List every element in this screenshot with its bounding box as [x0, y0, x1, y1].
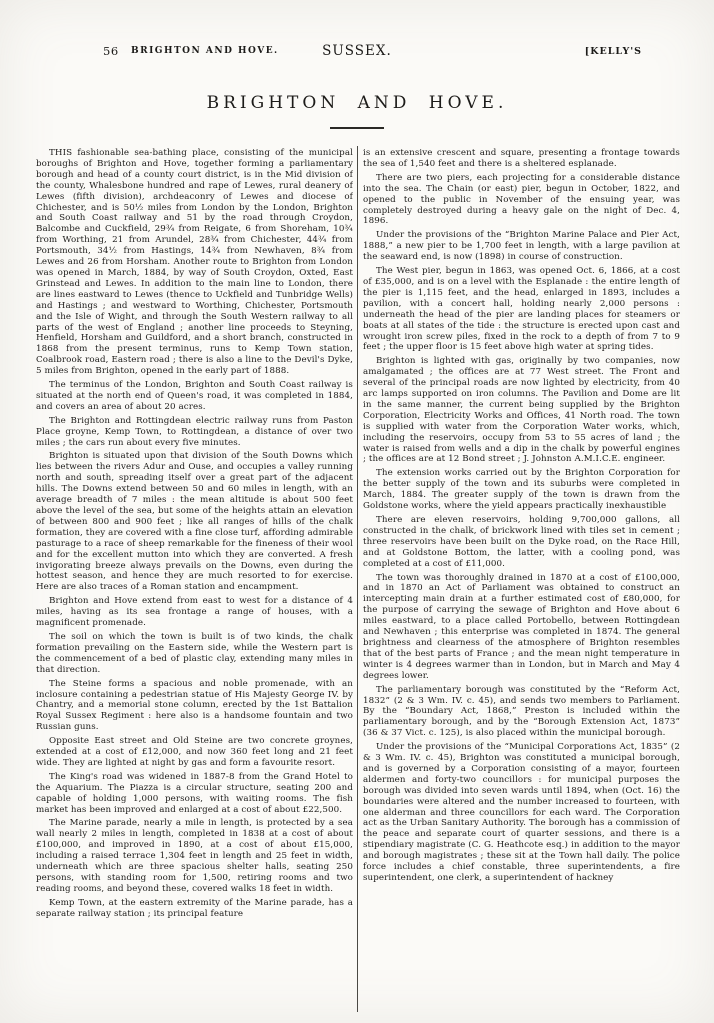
- paragraph: Under the provisions of the “Brighton Ma…: [363, 230, 680, 263]
- paragraph: is an extensive crescent and square, pre…: [363, 148, 680, 170]
- paragraph: THIS fashionable sea-bathing place, cons…: [36, 148, 353, 377]
- title-rule: [330, 127, 384, 129]
- paragraph: The West pier, begun in 1863, was opened…: [363, 266, 680, 353]
- paragraph: The Brighton and Rottingdean electric ra…: [36, 416, 353, 449]
- paragraph: There are two piers, each projecting for…: [363, 173, 680, 228]
- paragraph: Brighton and Hove extend from east to we…: [36, 596, 353, 629]
- paragraph: There are eleven reservoirs, holding 9,7…: [363, 515, 680, 570]
- paragraph: Kemp Town, at the eastern extremity of t…: [36, 898, 353, 920]
- right-column: is an extensive crescent and square, pre…: [363, 148, 680, 1010]
- paragraph: Under the provisions of the “Municipal C…: [363, 742, 680, 884]
- paragraph: The Steine forms a spacious and noble pr…: [36, 679, 353, 734]
- paragraph: The terminus of the London, Brighton and…: [36, 380, 353, 413]
- paragraph: The parliamentary borough was constitute…: [363, 685, 680, 740]
- paragraph: The soil on which the town is built is o…: [36, 632, 353, 676]
- scanned-directory-page: 56 BRIGHTON AND HOVE. SUSSEX. [KELLY'S B…: [0, 0, 714, 1023]
- paragraph: The King's road was widened in 1887-8 fr…: [36, 772, 353, 816]
- paragraph: Opposite East street and Old Steine are …: [36, 736, 353, 769]
- text-columns: THIS fashionable sea-bathing place, cons…: [36, 148, 680, 1010]
- paragraph: The extension works carried out by the B…: [363, 468, 680, 512]
- column-divider-rule: [357, 146, 358, 1012]
- running-header: 56 BRIGHTON AND HOVE. SUSSEX. [KELLY'S: [0, 44, 714, 64]
- paragraph: The Marine parade, nearly a mile in leng…: [36, 818, 353, 894]
- paragraph: The town was thoroughly drained in 1870 …: [363, 573, 680, 682]
- left-column: THIS fashionable sea-bathing place, cons…: [36, 148, 353, 1010]
- publisher-mark: [KELLY'S: [585, 46, 642, 57]
- article-title: BRIGHTON AND HOVE.: [0, 93, 714, 113]
- paragraph: Brighton is situated upon that division …: [36, 451, 353, 593]
- paragraph: Brighton is lighted with gas, originally…: [363, 356, 680, 465]
